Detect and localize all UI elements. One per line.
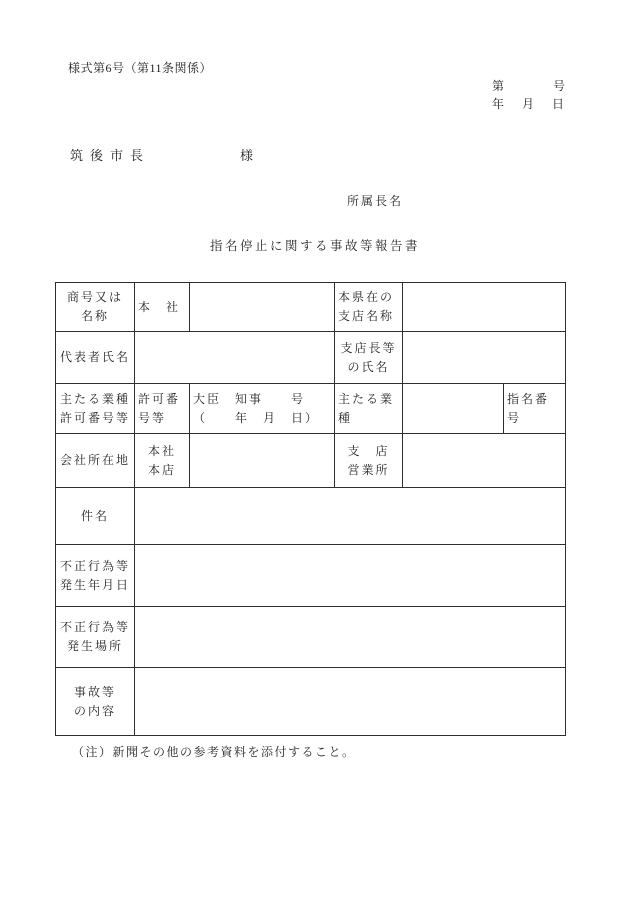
doc-number-line: 第 号 <box>492 77 565 94</box>
permit-number-label: 許可番 号等 <box>135 384 190 434</box>
sender-name-label: 所属長名 <box>347 192 403 209</box>
branch-sales-office-label: 支 店 営業所 <box>335 434 403 488</box>
pref-branch-name-label: 本県在の 支店名称 <box>335 283 403 332</box>
head-office-address-value-cell <box>190 434 335 488</box>
branch-manager-name-value-cell <box>403 332 566 384</box>
row-accident-detail: 事故等 の内容 <box>56 668 566 736</box>
row-misconduct-date: 不正行為等 発生年月日 <box>56 545 566 607</box>
doc-number-suffix: 号 <box>553 77 565 94</box>
main-business-value-cell <box>403 384 504 434</box>
row-subject: 件名 <box>56 488 566 545</box>
accident-detail-label: 事故等 の内容 <box>56 668 135 736</box>
main-business-label: 主たる業 種 <box>335 384 403 434</box>
date-line: 年 月 日 <box>492 95 564 112</box>
main-business-permit-label: 主たる業種 許可番号等 <box>56 384 135 434</box>
subject-value-cell <box>135 488 566 545</box>
misconduct-date-value-cell <box>135 545 566 607</box>
subject-label: 件名 <box>56 488 135 545</box>
row-trade-name: 商号又は 名称 本 社 本県在の 支店名称 <box>56 283 566 332</box>
company-address-label: 会社所在地 <box>56 434 135 488</box>
trade-name-label: 商号又は 名称 <box>56 283 135 332</box>
misconduct-place-value-cell <box>135 607 566 668</box>
designation-number-label: 指名番号 <box>504 384 566 434</box>
report-title: 指名停止に関する事故等報告書 <box>0 236 630 254</box>
head-office-label: 本 社 <box>135 283 190 332</box>
row-misconduct-place: 不正行為等 発生場所 <box>56 607 566 668</box>
trade-name-value-cell <box>190 283 335 332</box>
branch-address-value-cell <box>403 434 566 488</box>
row-representative: 代表者氏名 支店長等 の氏名 <box>56 332 566 384</box>
addressee-name: 筑後市長 <box>70 148 150 163</box>
row-business-permit: 主たる業種 許可番号等 許可番 号等 大臣 知事 号 （ 年 月 日） 主たる業… <box>56 384 566 434</box>
pref-branch-name-value-cell <box>403 283 566 332</box>
date-month-label: 月 <box>522 95 534 112</box>
form-number-label: 様式第6号（第11条関係） <box>68 59 212 76</box>
date-year-label: 年 <box>492 95 504 112</box>
row-company-address: 会社所在地 本社 本店 支 店 営業所 <box>56 434 566 488</box>
permit-detail-cell: 大臣 知事 号 （ 年 月 日） <box>190 384 335 434</box>
addressee-honorific: 様 <box>240 148 253 163</box>
note-line: （注）新聞その他の参考資料を添付すること。 <box>72 743 356 760</box>
representative-name-value-cell <box>135 332 335 384</box>
accident-detail-value-cell <box>135 668 566 736</box>
head-office-branch-label: 本社 本店 <box>135 434 190 488</box>
branch-manager-name-label: 支店長等 の氏名 <box>335 332 403 384</box>
misconduct-date-label: 不正行為等 発生年月日 <box>56 545 135 607</box>
addressee-line: 筑後市長様 <box>70 145 253 164</box>
date-day-label: 日 <box>552 95 564 112</box>
representative-name-label: 代表者氏名 <box>56 332 135 384</box>
report-form-page: { "document": { "form_number": "様式第6号（第1… <box>0 0 630 903</box>
misconduct-place-label: 不正行為等 発生場所 <box>56 607 135 668</box>
report-table: 商号又は 名称 本 社 本県在の 支店名称 代表者氏名 支店長等 の氏名 主たる… <box>55 282 566 736</box>
doc-number-prefix: 第 <box>492 77 504 94</box>
